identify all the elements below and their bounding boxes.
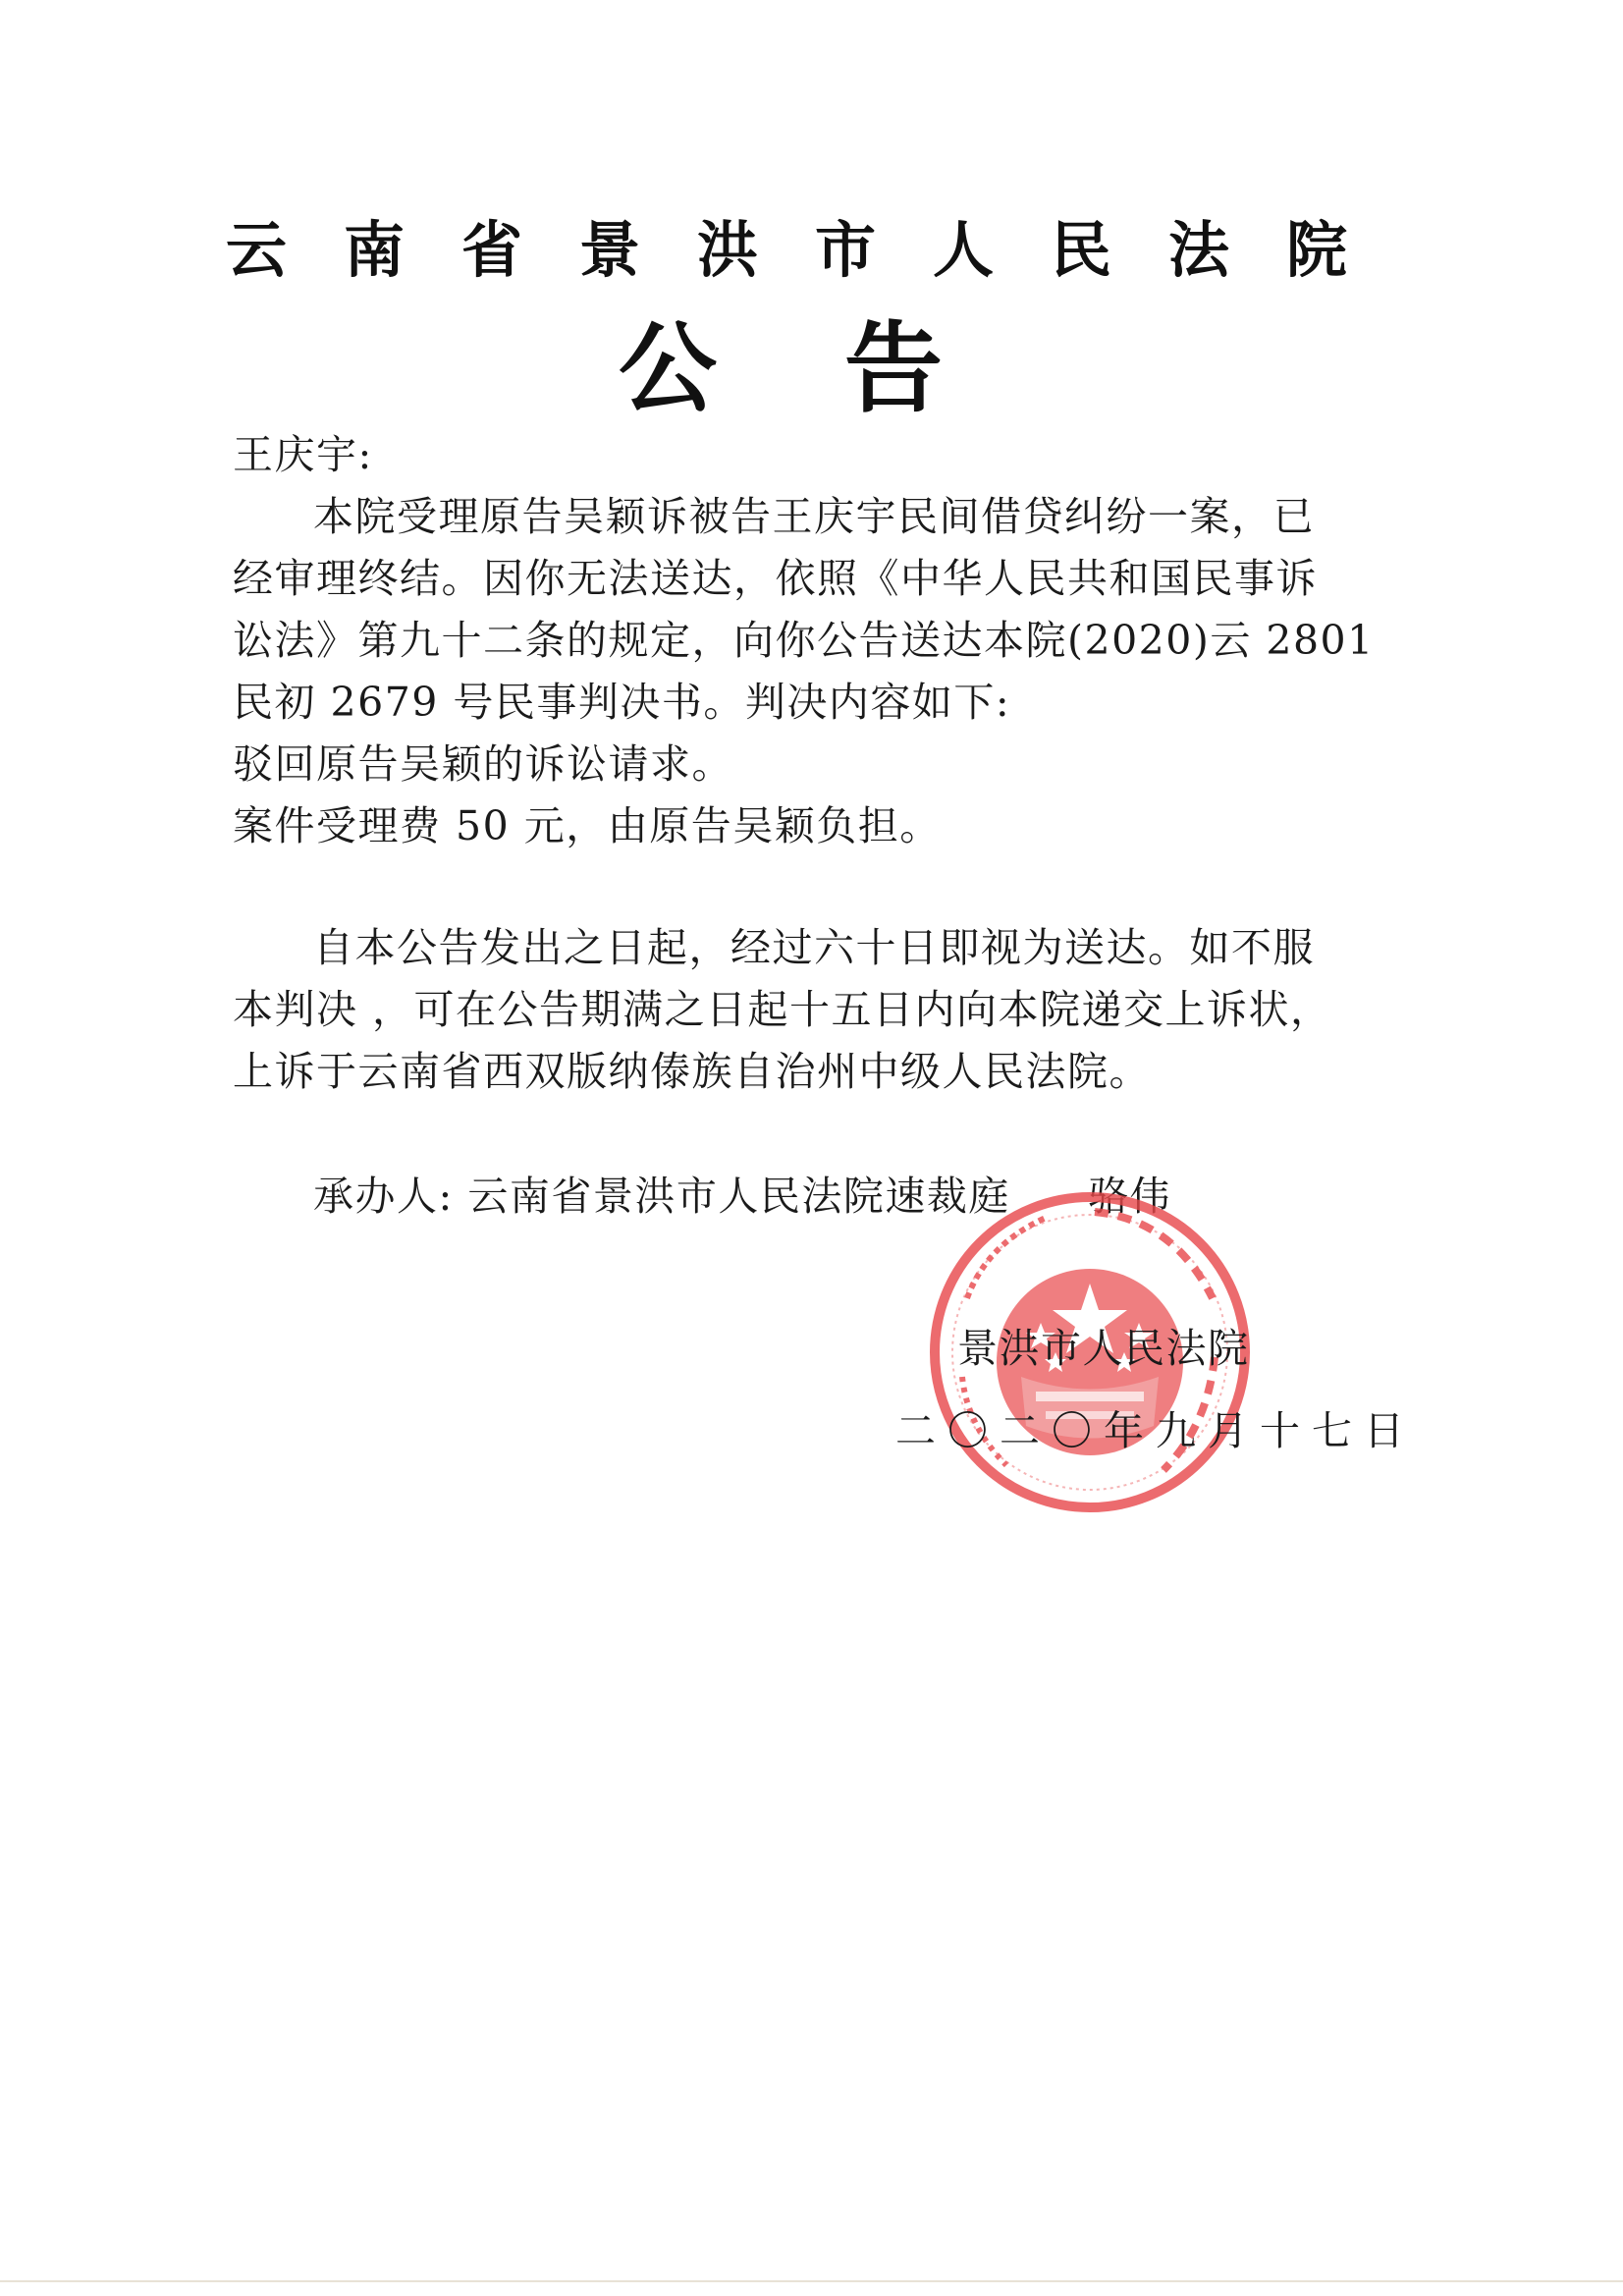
paragraph-line: 民初 2679 号民事判决书。判决内容如下: (233, 670, 1010, 728)
court-name-heading: 云南省景洪市人民法院 (226, 201, 1365, 289)
page-bottom-edge (0, 2280, 1623, 2282)
document-title: 公告 (619, 290, 1070, 431)
addressee: 王庆宇: (233, 422, 373, 480)
signing-court: 景洪市人民法院 (957, 1316, 1250, 1374)
notice-page: 云南省景洪市人民法院 公告 王庆宇: 本院受理原告吴颖诉被告王庆宇民间借贷纠纷一… (0, 0, 1623, 2296)
handler-label: 承办人: (313, 1173, 454, 1220)
signing-date: 二〇二〇年九月十七日 (895, 1398, 1416, 1456)
paragraph-line: 自本公告发出之日起，经过六十日即视为送达。如不服 (313, 915, 1315, 973)
paragraph-line: 本判决 ，可在公告期满之日起十五日内向本院递交上诉状， (233, 977, 1332, 1035)
paragraph-line: 上诉于云南省西双版纳傣族自治州中级人民法院。 (233, 1039, 1151, 1097)
judgment-item: 案件受理费 50 元，由原告吴颖负担。 (233, 793, 942, 851)
paragraph-line: 讼法》第九十二条的规定，向你公告送达本院(2020)云 2801 (233, 608, 1375, 666)
paragraph-line: 经审理终结。因你无法送达，依照《中华人民共和国民事诉 (233, 546, 1318, 604)
paragraph-line: 本院受理原告吴颖诉被告王庆宇民间借贷纠纷一案，已 (313, 484, 1315, 542)
judgment-item: 驳回原告吴颖的诉讼请求。 (233, 732, 733, 790)
